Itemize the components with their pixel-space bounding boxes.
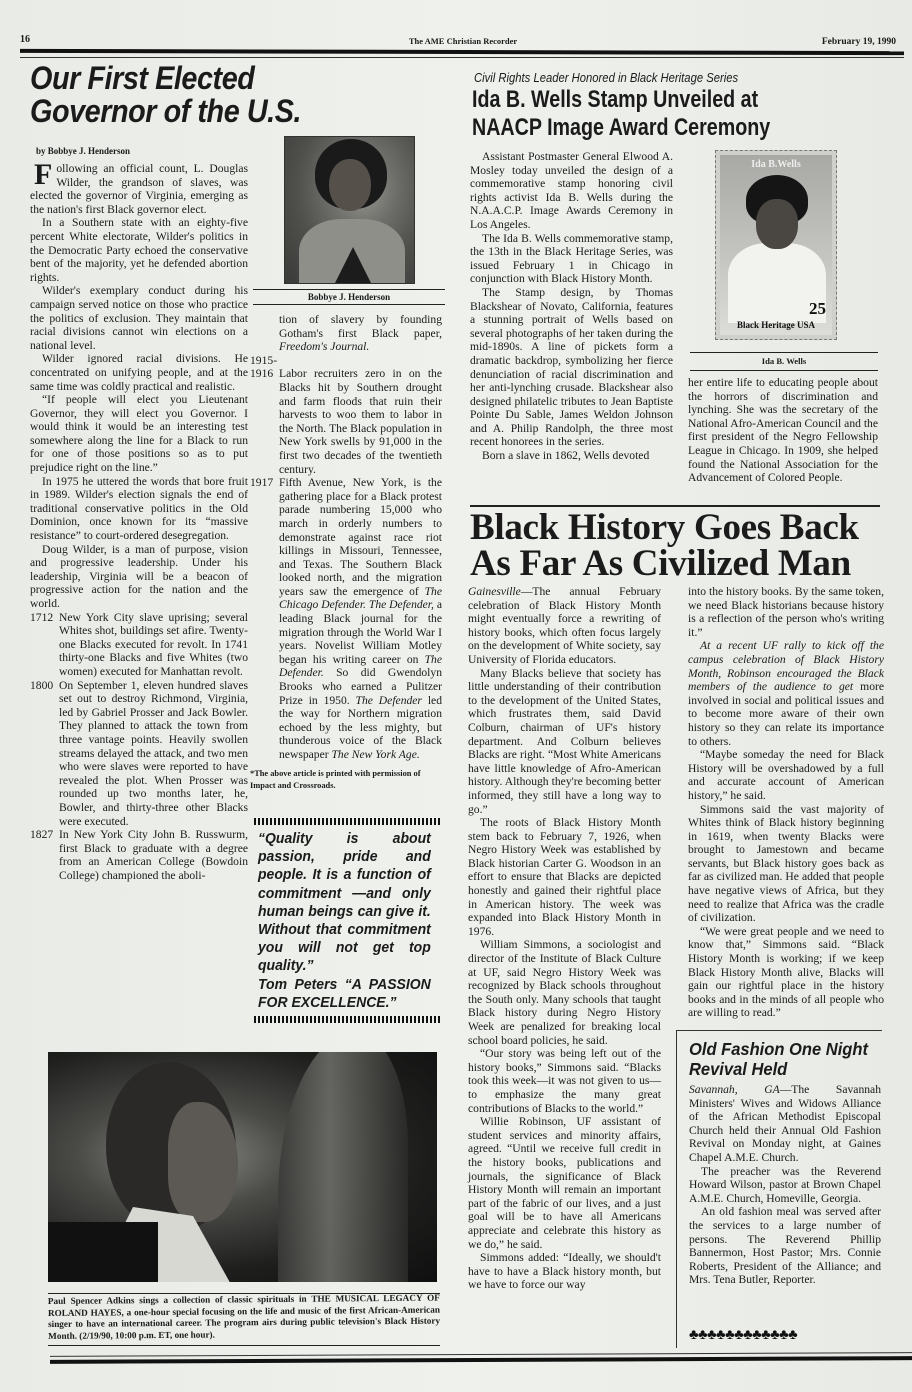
stamp-value: 25 [809, 299, 826, 319]
wilder-paragraph: Doug Wilder, is a man of purpose, vision… [30, 543, 248, 611]
timeline-entry: 1712New York City slave uprising; severa… [30, 611, 248, 679]
wilder-column-1: Following an official count, L. Douglas … [30, 162, 248, 882]
wilder-paragraph: In a Southern state with an eighty-five … [30, 216, 248, 284]
bh-paragraph: “We were great people and we need to kno… [688, 925, 884, 1020]
black-history-headline: Black History Goes BackAs Far As Civiliz… [470, 510, 900, 582]
bh-paragraph: Simmons said the vast majority of Whites… [688, 803, 884, 925]
quote-attribution: Tom Peters “A PASSION FOR EXCELLENCE.” [258, 977, 431, 1011]
ida-wells-stamp-image: Ida B.Wells 25 Black Heritage USA [715, 150, 837, 340]
wilder-byline: by Bobbye J. Henderson [36, 146, 130, 156]
permission-note: *The above article is printed with permi… [250, 768, 442, 792]
ida-paragraph: Born a slave in 1862, Wells devoted [470, 449, 673, 463]
ida-paragraph: The Stamp design, by Thomas Blackshear o… [470, 286, 673, 449]
issue-date: February 19, 1990 [822, 37, 896, 47]
masthead-rule-thin [20, 57, 904, 58]
dateline: Savannah, GA [689, 1083, 780, 1096]
dateline: Gainesville [468, 585, 521, 598]
black-history-column-1: Gainesville—The annual February celebrat… [468, 585, 661, 1292]
footer-rule [50, 1356, 912, 1364]
ida-paragraph: The Ida B. Wells commemorative stamp, th… [470, 232, 673, 286]
decorative-rule [254, 818, 440, 825]
bh-paragraph: into the history books. By the same toke… [688, 585, 884, 639]
wilder-paragraph: Wilder's exemplary conduct during his ca… [30, 284, 248, 352]
bh-paragraph: “Our story was being left out of the his… [468, 1047, 661, 1115]
bh-paragraph: Many Blacks believe that society has lit… [468, 667, 661, 817]
timeline-entry: 1827In New York City John B. Russwurm, f… [30, 828, 248, 882]
timeline-entry: 1915- [250, 354, 442, 368]
ida-paragraph: Assistant Postmaster General Elwood A. M… [470, 150, 673, 232]
revival-article-box: Old Fashion One Night Revival Held Savan… [676, 1030, 882, 1348]
bh-paragraph: “Maybe someday the need for Black Histor… [688, 748, 884, 802]
ida-kicker: Civil Rights Leader Honored in Black Her… [474, 70, 738, 85]
revival-headline: Old Fashion One Night Revival Held [689, 1039, 872, 1079]
revival-paragraph: Savannah, GA—The Savannah Ministers' Wiv… [689, 1083, 881, 1165]
ida-column-1: Assistant Postmaster General Elwood A. M… [470, 150, 673, 463]
timeline-entry: 1916Labor recruiters zero in on the Blac… [250, 367, 442, 476]
bh-paragraph: The roots of Black History Month stem ba… [468, 816, 661, 938]
stamp-caption: Ida B. Wells [690, 356, 878, 366]
fleuron-ornament-icon: ♣♣♣♣♣♣♣♣♣♣♣♣ [689, 1327, 882, 1344]
stamp-series: Black Heritage USA [720, 320, 832, 330]
wilder-headline: Our First Elected Governor of the U.S. [30, 62, 327, 128]
newspaper-page: 16 The AME Christian Recorder February 1… [0, 0, 912, 1392]
singer-photo [48, 1052, 437, 1282]
author-portrait-photo [284, 136, 415, 284]
author-photo-caption: Bobbye J. Henderson [253, 292, 445, 302]
bh-paragraph: Gainesville—The annual February celebrat… [468, 585, 661, 667]
pull-quote-box: “Quality is about passion, pride and peo… [254, 818, 440, 1023]
bh-paragraph: At a recent UF rally to kick off the cam… [688, 639, 884, 748]
timeline-entry: 1800On September 1, eleven hundred slave… [30, 679, 248, 829]
caption-rule [690, 352, 878, 353]
bh-paragraph: Willie Robinson, UF assistant of student… [468, 1115, 661, 1251]
drop-cap: F [34, 163, 52, 187]
decorative-rule [254, 1016, 440, 1023]
wilder-paragraph: “If people will elect you Lieutenant Gov… [30, 393, 248, 475]
wilder-paragraph: In 1975 he uttered the words that bore f… [30, 475, 248, 543]
singer-photo-caption: Paul Spencer Adkins sings a collection o… [48, 1293, 440, 1343]
ida-paragraph: her entire life to educating people abou… [688, 376, 878, 485]
black-history-column-2: into the history books. By the same toke… [688, 585, 884, 1020]
bh-paragraph: William Simmons, a sociologist and direc… [468, 938, 661, 1047]
masthead: 16 The AME Christian Recorder February 1… [20, 34, 906, 50]
stamp-name: Ida B.Wells [720, 159, 832, 170]
timeline-entry: 1917Fifth Avenue, New York, is the gathe… [250, 476, 442, 761]
revival-paragraph: An old fashion meal was served after the… [689, 1205, 881, 1287]
caption-rule [48, 1345, 440, 1346]
ida-column-2: her entire life to educating people abou… [688, 376, 878, 485]
caption-rule [253, 304, 445, 305]
caption-rule [690, 370, 878, 371]
ida-headline: Ida B. Wells Stamp Unveiled atNAACP Imag… [472, 86, 849, 142]
wilder-column-2: tion of slavery by founding Gotham's fir… [250, 313, 442, 792]
caption-rule [253, 289, 445, 290]
wilder-paragraph: Wilder ignored racial divisions. He conc… [30, 352, 248, 393]
wilder-paragraph: Following an official count, L. Douglas … [30, 162, 248, 216]
revival-paragraph: The preacher was the Reverend Howard Wil… [689, 1165, 881, 1206]
publication-name: The AME Christian Recorder [20, 36, 906, 46]
timeline-continuation: tion of slavery by founding Gotham's fir… [250, 313, 442, 354]
bh-paragraph: Simmons added: “Ideally, we should't hav… [468, 1251, 661, 1292]
pull-quote: “Quality is about passion, pride and peo… [258, 830, 431, 1012]
